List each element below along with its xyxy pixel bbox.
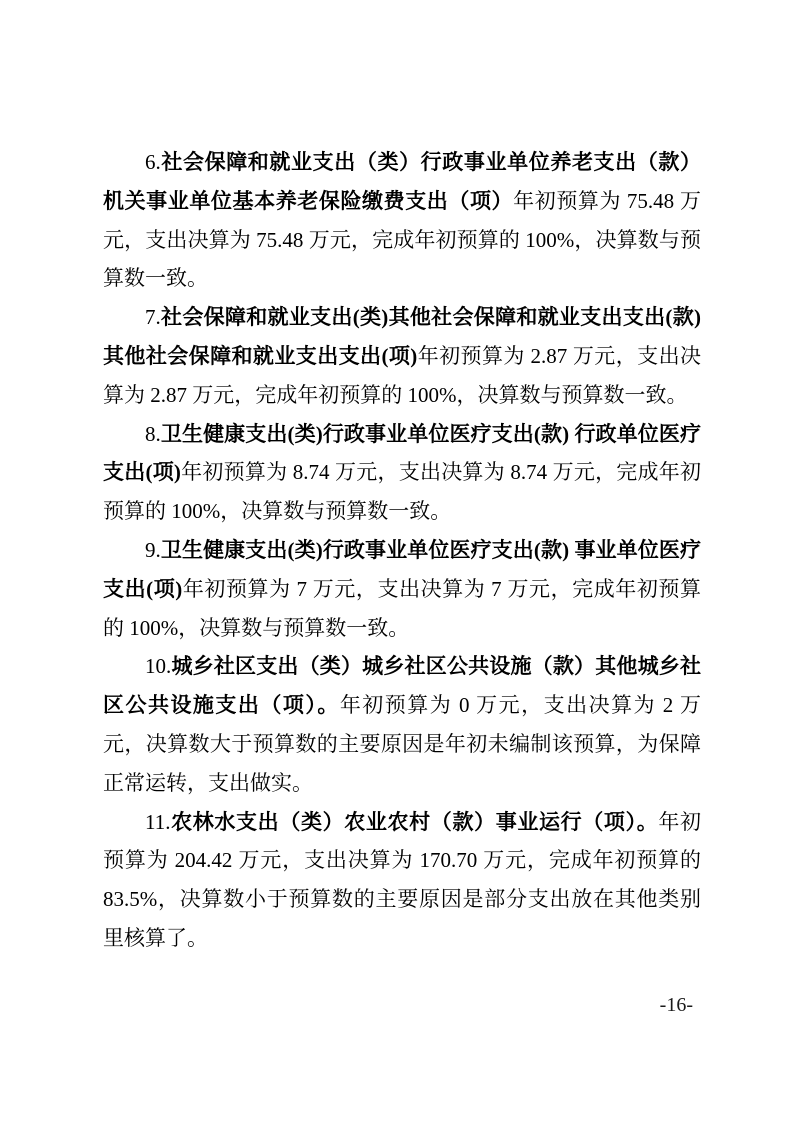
budget-item-11: 11.农林水支出（类）农业农村（款）事业运行（项）。年初预算为 204.42 万…	[103, 803, 701, 958]
item-heading: 农林水支出（类）农业农村（款）事业运行（项）。	[170, 810, 658, 834]
page-number: -16-	[660, 994, 693, 1016]
item-number: 8.	[145, 422, 161, 446]
item-number: 6.	[145, 150, 161, 174]
item-body: 年初预算为 8.74 万元，支出决算为 8.74 万元，完成年初预算的 100%…	[103, 460, 701, 523]
item-body: 年初预算为 7 万元，支出决算为 7 万元，完成年初预算的 100%，决算数与预…	[103, 577, 701, 640]
budget-item-9: 9.卫生健康支出(类)行政事业单位医疗支出(款) 事业单位医疗支出(项)年初预算…	[103, 531, 701, 647]
budget-item-8: 8.卫生健康支出(类)行政事业单位医疗支出(款) 行政单位医疗支出(项)年初预算…	[103, 415, 701, 531]
item-number: 10.	[145, 654, 171, 678]
budget-item-10: 10.城乡社区支出（类）城乡社区公共设施（款）其他城乡社区公共设施支出（项）。年…	[103, 647, 701, 802]
item-number: 11.	[145, 810, 170, 834]
document-page: 6.社会保障和就业支出（类）行政事业单位养老支出（款）机关事业单位基本养老保险缴…	[0, 0, 793, 1122]
budget-item-7: 7.社会保障和就业支出(类)其他社会保障和就业支出支出(款)其他社会保障和就业支…	[103, 298, 701, 414]
budget-item-6: 6.社会保障和就业支出（类）行政事业单位养老支出（款）机关事业单位基本养老保险缴…	[103, 143, 701, 298]
item-number: 9.	[145, 538, 161, 562]
item-number: 7.	[145, 305, 161, 329]
page-body: 6.社会保障和就业支出（类）行政事业单位养老支出（款）机关事业单位基本养老保险缴…	[103, 143, 701, 958]
